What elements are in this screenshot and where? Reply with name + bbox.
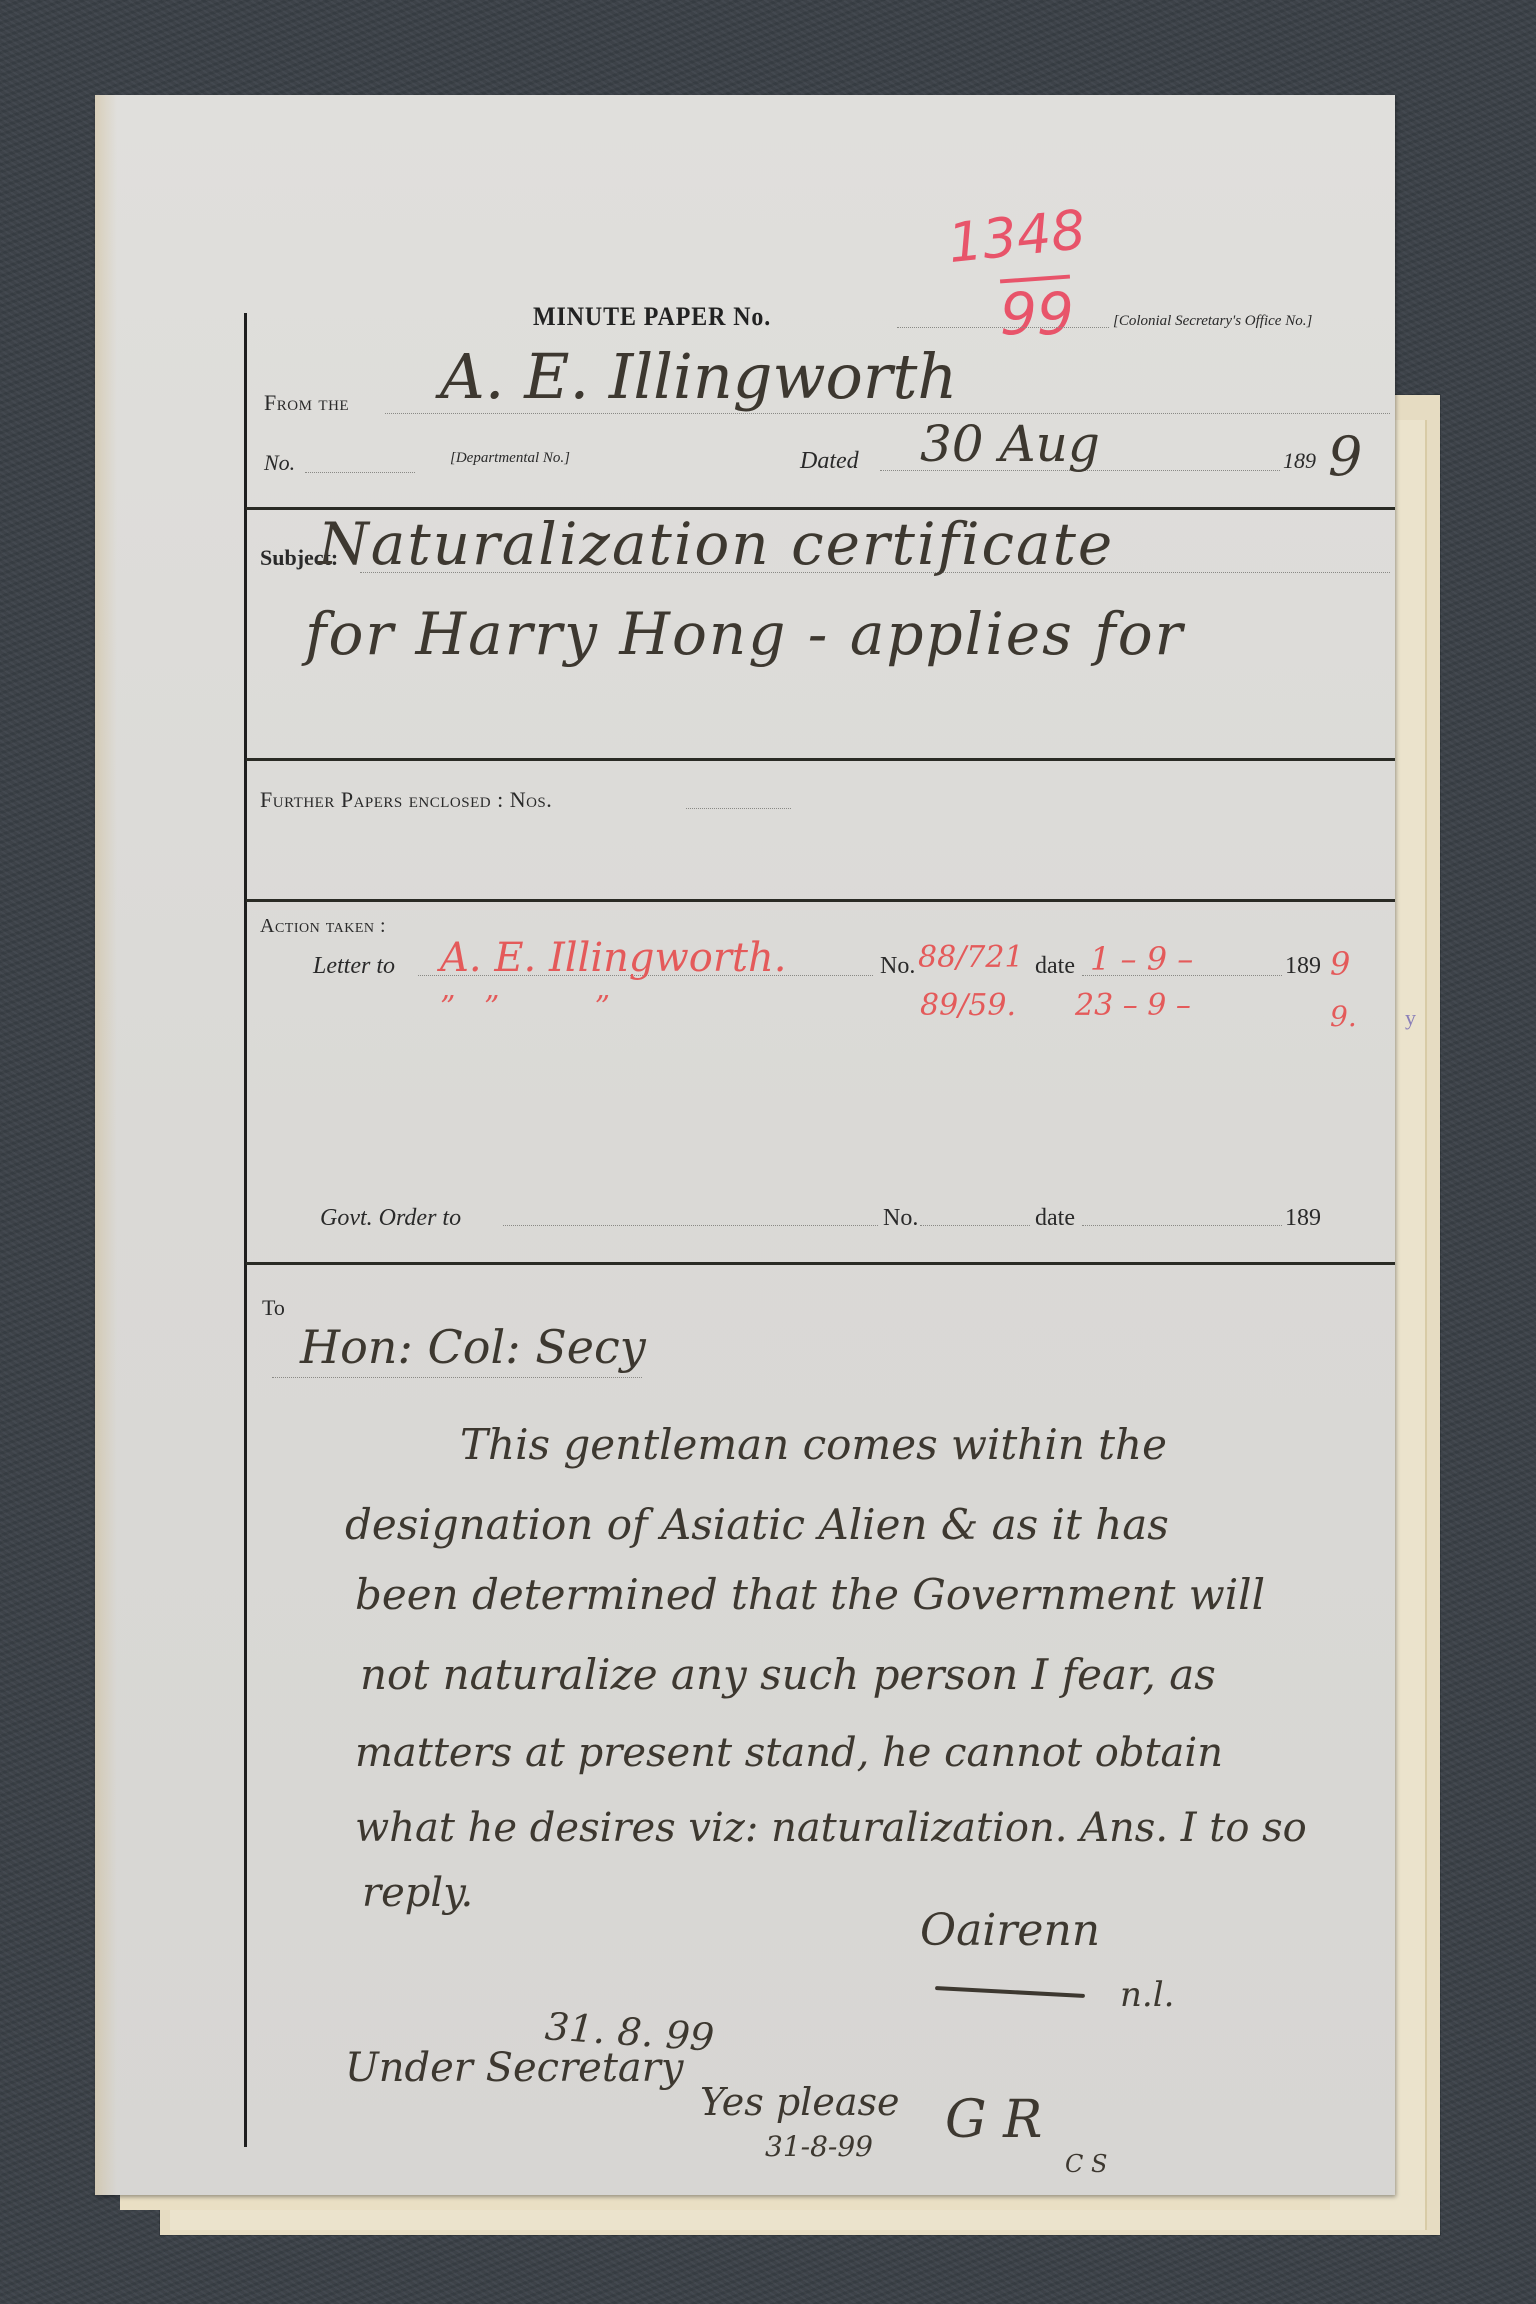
dated-value: 30 Aug [920, 415, 1100, 473]
govt-date-label: date [1035, 1205, 1075, 1232]
rule-after-action-taken [246, 1262, 1395, 1265]
body-line: designation of Asiatic Alien & as it has [345, 1500, 1169, 1549]
margin-mark: y [1405, 1005, 1416, 1031]
ditto-marks: ” ” ” [440, 990, 610, 1025]
govt-date-line [1082, 1225, 1282, 1226]
to-label: To [262, 1295, 285, 1321]
subject-line-2: for Harry Hong - applies for [305, 600, 1184, 668]
govt-no-label: No. [883, 1205, 918, 1232]
reply-initials: G R [945, 2090, 1042, 2150]
dated-label: Dated [800, 448, 859, 475]
letter-year-prefix: 189 [1285, 953, 1321, 980]
form-left-rule [244, 313, 247, 2147]
under-secretary: Under Secretary [345, 2045, 684, 2091]
departmental-label: [Departmental No.] [450, 450, 570, 467]
letter-date-value: 1 – 9 – [1090, 940, 1193, 978]
govt-order-label: Govt. Order to [320, 1205, 461, 1232]
minute-number-line [897, 327, 1109, 328]
no-line [305, 472, 415, 473]
action-taken-label: Action taken : [260, 915, 386, 938]
letter-no-label: No. [880, 953, 915, 980]
body-line: reply. [362, 1870, 473, 1916]
to-line [272, 1377, 642, 1378]
govt-year-prefix: 189 [1285, 1205, 1321, 1232]
signature-suffix: n.l. [1120, 1975, 1174, 2015]
reply-text: Yes please [700, 2080, 899, 2124]
addressee: Hon: Col: Secy [300, 1320, 646, 1374]
body-line: been determined that the Government will [355, 1570, 1265, 1619]
from-value: A. E. Illingworth [440, 340, 957, 413]
body-line: what he desires viz: naturalization. Ans… [355, 1805, 1307, 1851]
reply-date: 31-8-99 [765, 2130, 873, 2163]
further-papers-line [686, 808, 791, 809]
body-line: not naturalize any such person I fear, a… [360, 1650, 1216, 1699]
rule-after-further-papers [246, 899, 1395, 902]
letter-to-label: Letter to [313, 953, 395, 980]
from-label: From the [264, 390, 349, 416]
from-line [385, 413, 1390, 414]
letter2-year-suffix: 9. [1330, 1000, 1357, 1033]
body-line: This gentleman comes within the [460, 1420, 1167, 1469]
year-prefix: 189 [1283, 448, 1316, 474]
letter2-no-value: 89/59. [920, 988, 1016, 1023]
govt-no-line [920, 1225, 1030, 1226]
reply-suffix: C S [1065, 2150, 1107, 2178]
letter-date-label: date [1035, 953, 1075, 980]
signature: Oairenn [920, 1905, 1100, 1956]
letter-to-value: A. E. Illingworth. [440, 935, 786, 981]
further-papers-label: Further Papers enclosed : Nos. [260, 787, 552, 813]
minute-number-bottom: 99 [1000, 280, 1074, 348]
subject-line-1: Naturalization certificate [318, 510, 1114, 578]
rule-after-subject [246, 758, 1395, 761]
form-title: MINUTE PAPER No. [533, 302, 771, 332]
body-line: matters at present stand, he cannot obta… [355, 1730, 1223, 1776]
letter2-date-value: 23 – 9 – [1075, 988, 1191, 1023]
letter-no-value: 88/721 [918, 940, 1024, 975]
govt-order-line [503, 1225, 878, 1226]
no-label: No. [264, 450, 295, 476]
year-suffix: 9 [1328, 425, 1362, 488]
letter-year-suffix: 9 [1330, 945, 1350, 983]
office-no-label: [Colonial Secretary's Office No.] [1113, 313, 1312, 330]
